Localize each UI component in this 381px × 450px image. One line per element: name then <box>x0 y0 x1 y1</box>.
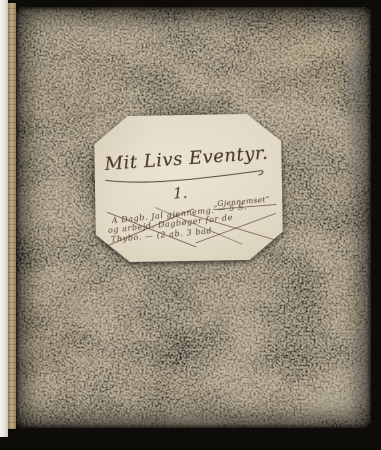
octagonal-paper-label: Mit Livs Eventyr. 1. „Gjennemset” A Dagb… <box>94 113 284 262</box>
worn-right-edge-strip <box>348 41 366 193</box>
archival-photo-background: Mit Livs Eventyr. 1. „Gjennemset” A Dagb… <box>0 0 381 450</box>
worn-right-lower-patch <box>353 332 369 402</box>
title-label-wrap: Mit Livs Eventyr. 1. „Gjennemset” A Dagb… <box>94 113 284 262</box>
volume-number: 1. <box>173 184 188 203</box>
worn-bottom-edge-strip <box>72 418 327 426</box>
cover-right-edge-highlight <box>369 31 371 416</box>
page-edge-tan-strip <box>8 3 16 429</box>
handwritten-title: Mit Livs Eventyr. <box>104 142 277 175</box>
page-edge-white-strip <box>0 0 8 437</box>
cover-bottom-edge-highlight <box>46 426 341 428</box>
cover-top-edge-highlight <box>28 7 363 9</box>
